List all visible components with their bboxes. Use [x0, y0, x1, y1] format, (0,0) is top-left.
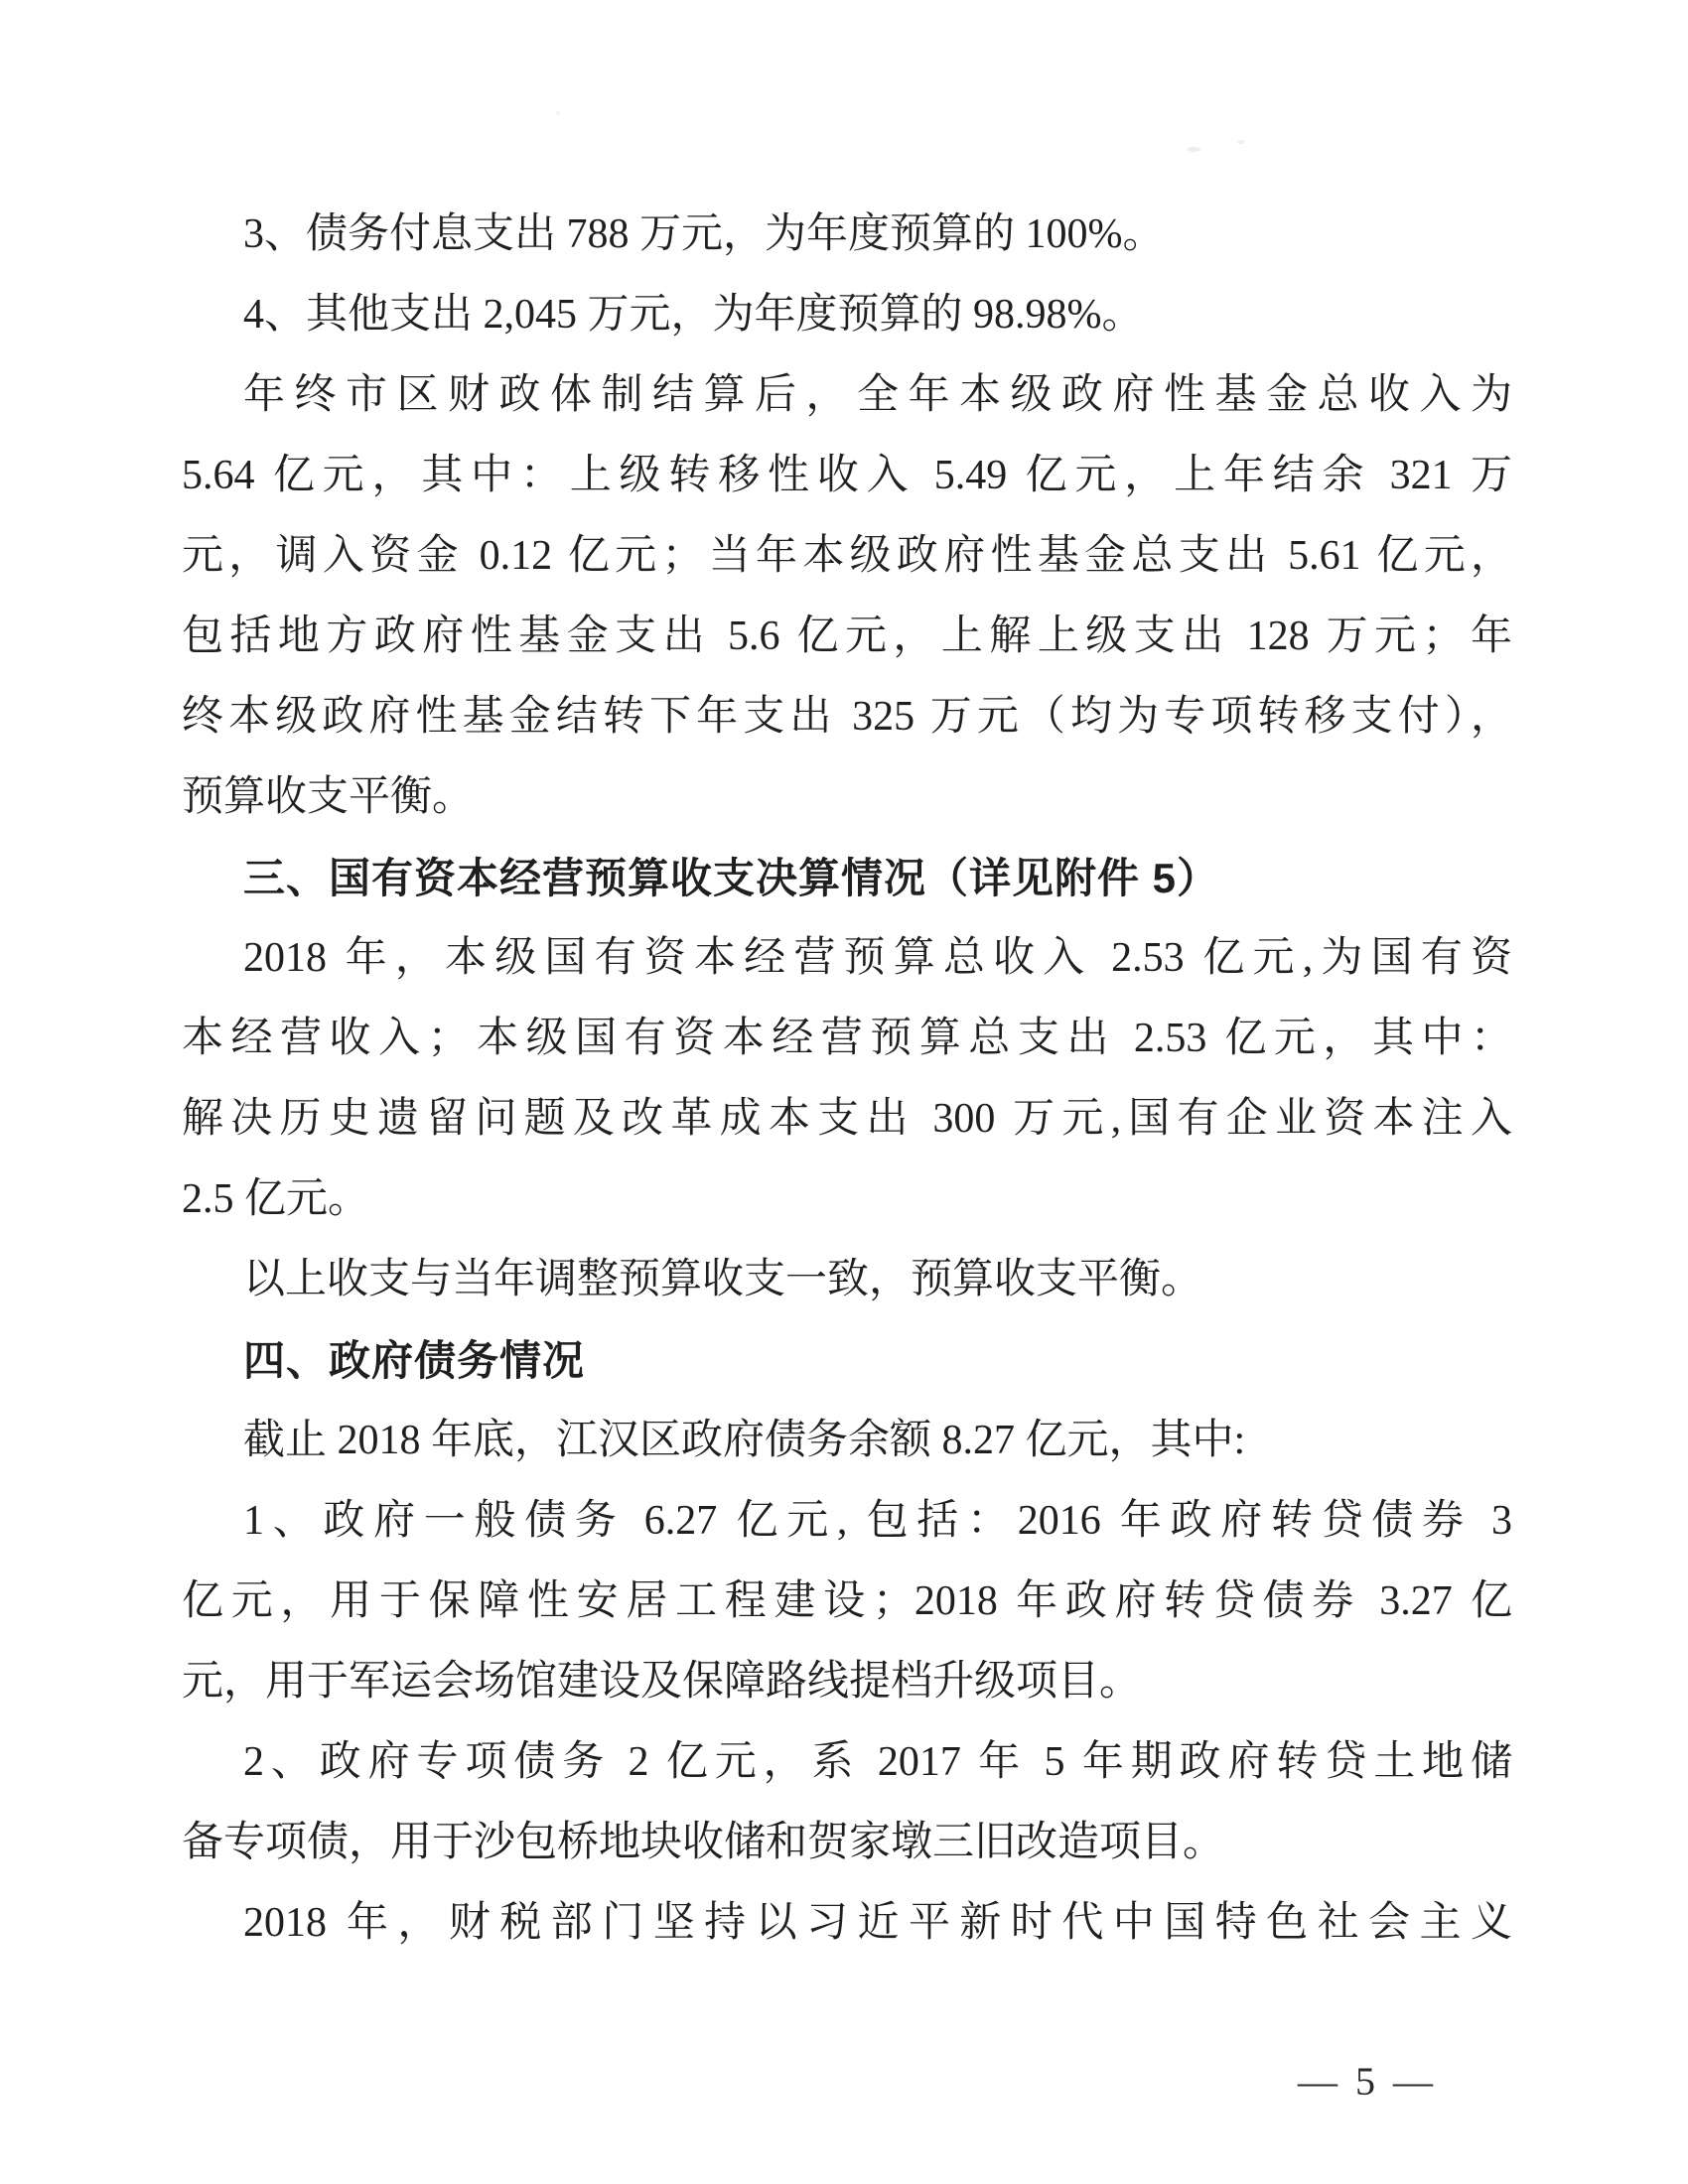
document-page: 3、债务付息支出 788 万元，为年度预算的 100%。4、其他支出 2,045… — [0, 0, 1688, 2184]
text-line: 亿元，用于保障性安居工程建设；2018 年政府转贷债券 3.27 亿 — [182, 1562, 1512, 1642]
text-line: 4、其他支出 2,045 万元，为年度预算的 98.98%。 — [182, 275, 1512, 355]
text-line: 年终市区财政体制结算后，全年本级政府性基金总收入为 — [182, 355, 1512, 436]
scan-artifact — [1237, 140, 1245, 144]
text-line: 2018 年，财税部门坚持以习近平新时代中国特色社会主义 — [182, 1883, 1512, 1964]
text-line: 本经营收入；本级国有资本经营预算总支出 2.53 亿元，其中： — [182, 999, 1512, 1079]
text-line: 截止 2018 年底，江汉区政府债务余额 8.27 亿元，其中: — [182, 1401, 1512, 1481]
text-line: 2.5 亿元。 — [182, 1160, 1512, 1240]
scan-artifact — [556, 111, 560, 115]
text-line: 终本级政府性基金结转下年支出 325 万元（均为专项转移支付）， — [182, 677, 1512, 757]
text-line: 解决历史遗留问题及改革成本支出 300 万元,国有企业资本注入 — [182, 1079, 1512, 1160]
text-line: 3、债务付息支出 788 万元，为年度预算的 100%。 — [182, 195, 1512, 275]
text-line: 预算收支平衡。 — [182, 757, 1512, 838]
text-line: 1、政府一般债务 6.27 亿元, 包括：2016 年政府转贷债券 3 — [182, 1481, 1512, 1562]
text-line: 以上收支与当年调整预算收支一致，预算收支平衡。 — [182, 1240, 1512, 1320]
text-line: 5.64 亿元，其中：上级转移性收入 5.49 亿元，上年结余 321 万 — [182, 436, 1512, 516]
text-line: 元，调入资金 0.12 亿元；当年本级政府性基金总支出 5.61 亿元， — [182, 516, 1512, 597]
document-body: 3、债务付息支出 788 万元，为年度预算的 100%。4、其他支出 2,045… — [182, 195, 1512, 1964]
text-line: 元，用于军运会场馆建设及保障路线提档升级项目。 — [182, 1642, 1512, 1722]
scan-artifact — [1187, 147, 1200, 152]
text-line: 备专项债，用于沙包桥地块收储和贺家墩三旧改造项目。 — [182, 1803, 1512, 1883]
page-number: — 5 — — [1298, 2058, 1437, 2105]
section-heading: 四、政府债务情况 — [182, 1320, 1512, 1401]
text-line: 2、政府专项债务 2 亿元，系 2017 年 5 年期政府转贷土地储 — [182, 1722, 1512, 1803]
text-line: 2018 年，本级国有资本经营预算总收入 2.53 亿元,为国有资 — [182, 918, 1512, 999]
section-heading: 三、国有资本经营预算收支决算情况（详见附件 5） — [182, 838, 1512, 918]
text-line: 包括地方政府性基金支出 5.6 亿元，上解上级支出 128 万元；年 — [182, 597, 1512, 677]
